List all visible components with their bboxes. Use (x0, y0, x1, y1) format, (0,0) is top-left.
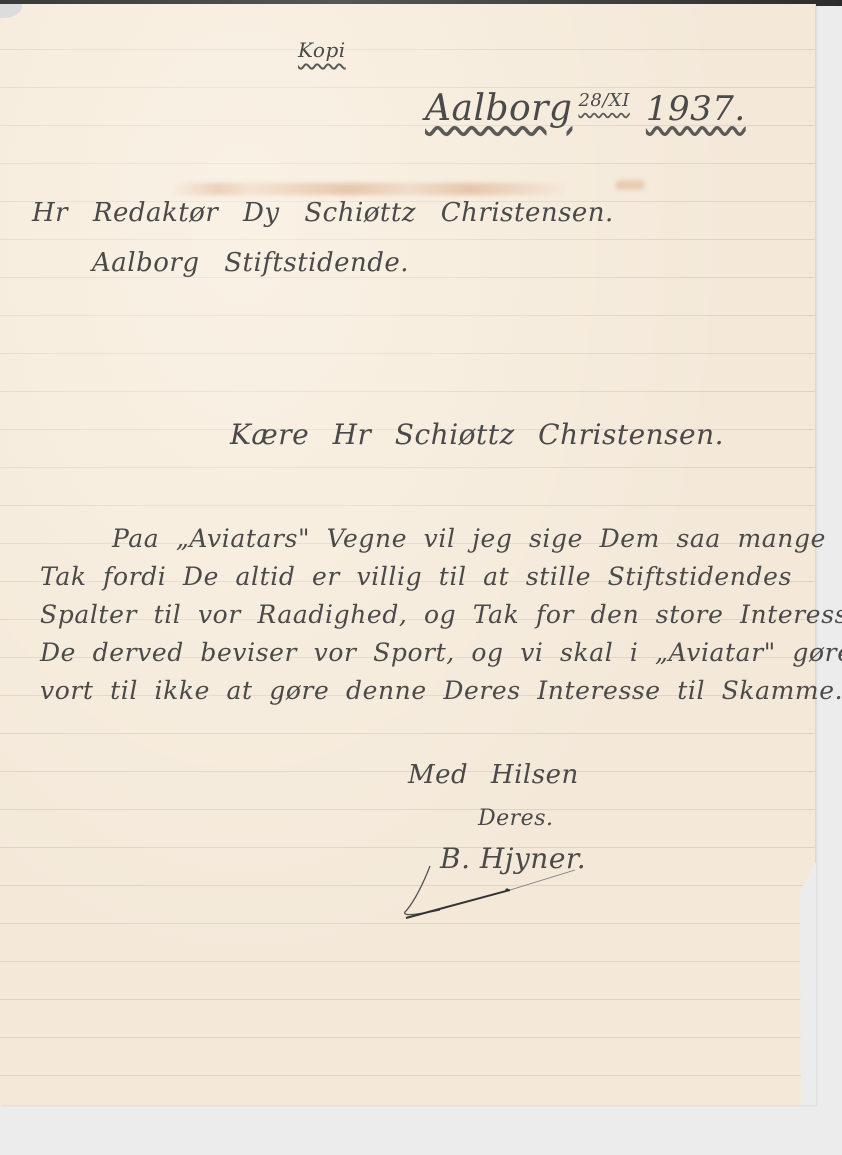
closing-greeting: Med Hilsen (408, 760, 579, 790)
body-line: Paa „Aviatars" Vegne vil jeg sige Dem sa… (40, 520, 810, 558)
recipient-publication: Aalborg Stiftstidende. (92, 248, 409, 278)
dateline-day-month: 28/XI (578, 90, 629, 111)
copy-note: Kopi (298, 38, 346, 62)
signature-flourish-icon (400, 862, 580, 922)
dateline: Aalborg28/XI1937. (425, 88, 746, 129)
dateline-place: Aalborg (425, 88, 572, 129)
body-line: Tak fordi De altid er villig til at stil… (40, 558, 810, 596)
salutation: Kære Hr Schiøttz Christensen. (230, 418, 724, 451)
dateline-year: 1937. (646, 89, 746, 129)
tape-stain-small (615, 180, 645, 190)
body-line: vort til ikke at gøre denne Deres Intere… (40, 672, 810, 710)
torn-edge (800, 862, 816, 1105)
letter-body: Paa „Aviatars" Vegne vil jeg sige Dem sa… (40, 520, 810, 710)
body-line: Spalter til vor Raadighed, og Tak for de… (40, 596, 810, 634)
recipient-name: Hr Redaktør Dy Schiøttz Christensen. (32, 198, 614, 228)
body-line: De derved beviser vor Sport, og vi skal … (40, 634, 810, 672)
closing-sign-off: Deres. (478, 806, 553, 831)
tape-stain (170, 183, 570, 195)
